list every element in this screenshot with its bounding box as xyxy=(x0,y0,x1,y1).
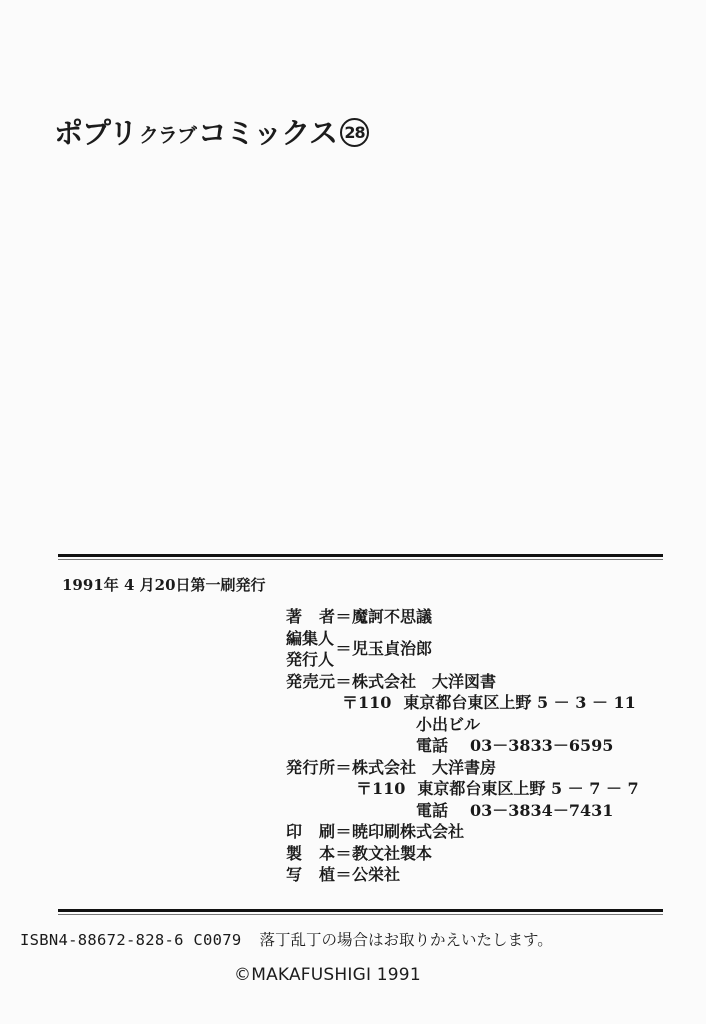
equals-sign: ＝ xyxy=(335,671,352,693)
distributor-address-row: 〒110 東京都台東区上野 5 － 3 － 11 xyxy=(286,692,639,714)
credit-binding: 製 本 ＝ 教文社製本 xyxy=(286,843,639,865)
author-name: 魔訶不思議 xyxy=(352,606,432,628)
credits-block: 著 者 ＝ 魔訶不思議 編集人 発行人 ＝ 児玉貞治郎 発売元 ＝ 株式会社 大… xyxy=(286,606,639,886)
distributor-building: 小出ビル xyxy=(416,714,480,736)
publisher-label: 発行所 xyxy=(286,757,335,779)
publisher-postal: 〒110 xyxy=(356,778,405,800)
publisher-tel-label: 電話 xyxy=(416,800,448,822)
distributor-tel: 03－3833－6595 xyxy=(470,735,613,757)
credit-printing: 印 刷 ＝ 暁印刷株式会社 xyxy=(286,821,639,843)
defect-notice: 落丁乱丁の場合はお取りかえいたします。 xyxy=(260,928,553,950)
series-title-part2: クラブ xyxy=(139,120,196,150)
distributor-address: 東京都台東区上野 5 － 3 － 11 xyxy=(403,692,635,714)
typesetting-label: 写 植 xyxy=(286,864,335,886)
binding-label: 製 本 xyxy=(286,843,335,865)
credit-distributor: 発売元 ＝ 株式会社 大洋図書 xyxy=(286,671,639,693)
equals-sign: ＝ xyxy=(335,821,352,843)
distributor-postal: 〒110 xyxy=(342,692,391,714)
equals-sign: ＝ xyxy=(335,606,352,628)
isbn-line: ISBN4-88672-828-6 C0079 落丁乱丁の場合はお取りかえいたし… xyxy=(20,928,553,950)
publisher-address: 東京都台東区上野 5 － 7 － 7 xyxy=(417,778,638,800)
publisher-person-label: 発行人 xyxy=(286,649,335,671)
series-title-part1: ポプリ xyxy=(54,116,137,150)
equals-sign: ＝ xyxy=(335,864,352,886)
publisher-tel: 03－3834－7431 xyxy=(470,800,613,822)
credit-typesetting: 写 植 ＝ 公栄社 xyxy=(286,864,639,886)
equals-sign: ＝ xyxy=(335,757,352,779)
equals-sign: ＝ xyxy=(335,638,352,660)
credit-editor-publisher: 編集人 発行人 ＝ 児玉貞治郎 xyxy=(286,628,639,671)
printing-company: 暁印刷株式会社 xyxy=(352,821,464,843)
publisher-address-row: 〒110 東京都台東区上野 5 － 7 － 7 xyxy=(286,778,639,800)
volume-number-badge: 28 xyxy=(340,118,369,147)
distributor-tel-label: 電話 xyxy=(416,735,448,757)
equals-sign: ＝ xyxy=(335,843,352,865)
copyright-notice: ©MAKAFUSHIGI 1991 xyxy=(234,965,421,985)
publisher-company: 大洋書房 xyxy=(432,757,496,779)
binding-company: 教文社製本 xyxy=(352,843,432,865)
isbn-code: ISBN4-88672-828-6 C0079 xyxy=(20,931,242,949)
author-label: 著 者 xyxy=(286,606,335,628)
distributor-tel-row: 電話 03－3833－6595 xyxy=(286,735,639,757)
printing-label: 印 刷 xyxy=(286,821,335,843)
credit-author: 著 者 ＝ 魔訶不思議 xyxy=(286,606,639,628)
editor-publisher-labels: 編集人 発行人 xyxy=(286,628,335,671)
top-double-rule xyxy=(58,554,663,559)
editor-publisher-name: 児玉貞治郎 xyxy=(352,638,432,660)
distributor-company: 大洋図書 xyxy=(432,671,496,693)
credit-publisher: 発行所 ＝ 株式会社 大洋書房 xyxy=(286,757,639,779)
distributor-building-row: 小出ビル xyxy=(286,714,639,736)
editor-label: 編集人 xyxy=(286,628,335,650)
series-title: ポプリ クラブ コミックス 28 xyxy=(54,110,369,150)
bottom-double-rule xyxy=(58,909,663,914)
publisher-tel-row: 電話 03－3834－7431 xyxy=(286,800,639,822)
publisher-company-type: 株式会社 xyxy=(352,757,416,779)
series-title-part3: コミックス xyxy=(198,116,337,150)
print-date: 1991年 4 月20日第一刷発行 xyxy=(62,574,266,595)
typesetting-company: 公栄社 xyxy=(352,864,400,886)
distributor-company-type: 株式会社 xyxy=(352,671,416,693)
distributor-label: 発売元 xyxy=(286,671,335,693)
